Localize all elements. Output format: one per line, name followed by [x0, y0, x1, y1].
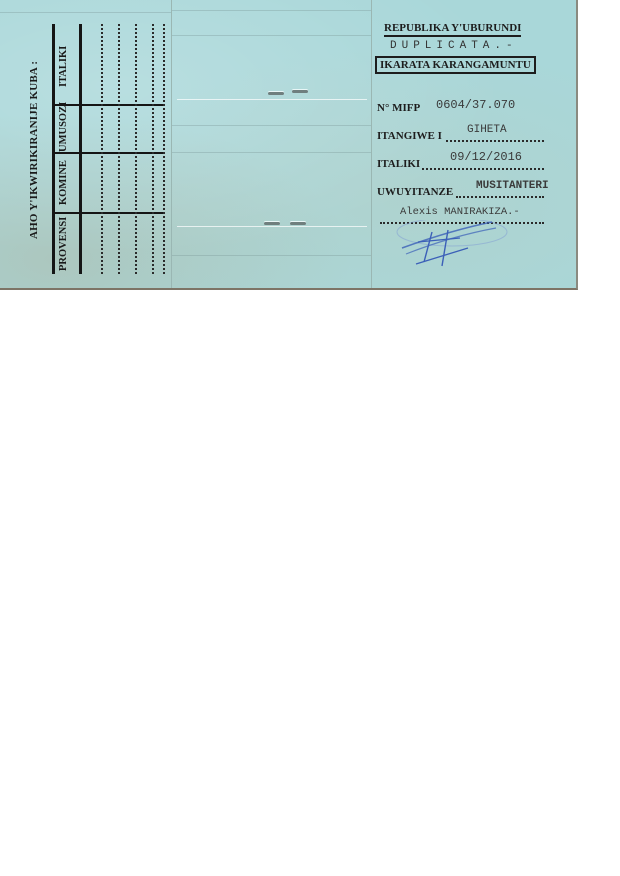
column-italiki: ITALIKI [58, 28, 76, 104]
dotted-column [152, 24, 154, 274]
issuer-dotted-line [456, 196, 544, 198]
staple-mark [264, 222, 280, 225]
signature-stamp-icon [392, 220, 512, 270]
staple-mark [292, 90, 308, 93]
fold-line [0, 12, 171, 13]
residence-history-table: AHO Y'IKWIRIKIRANIJE KUBA : PROVENSI KOM… [24, 22, 164, 278]
issued-at-label: ITANGIWE I [377, 130, 442, 142]
fold-line [172, 125, 371, 126]
residence-table-grid: PROVENSI KOMINE UMUSOZI ITALIKI [52, 24, 164, 274]
issuer-label: UWUYITANZE [377, 186, 453, 198]
residence-history-title: AHO Y'IKWIRIKIRANIJE KUBA : [28, 22, 48, 278]
middle-panel [171, 0, 371, 288]
issuer-title-value: MUSITANTERI [476, 180, 549, 192]
dotted-column [101, 24, 103, 274]
column-umusozi: UMUSOZI [58, 106, 76, 152]
date-value: 09/12/2016 [450, 150, 522, 164]
column-komine: KOMINE [58, 154, 76, 212]
dotted-column [135, 24, 137, 274]
fold-line [172, 35, 371, 36]
issued-at-dotted-line [446, 140, 544, 142]
mifp-label: N° MIFP [377, 102, 420, 114]
republic-heading: REPUBLIKA Y'UBURUNDI [384, 22, 521, 37]
issuer-name-value: Alexis MANIRAKIZA.- [400, 206, 520, 218]
id-card: AHO Y'IKWIRIKIRANIJE KUBA : PROVENSI KOM… [0, 0, 578, 290]
card-title: IKARATA KARANGAMUNTU [375, 56, 536, 74]
fold-line [172, 152, 371, 153]
crease-crack [177, 226, 367, 227]
mifp-value: 0604/37.070 [436, 98, 515, 112]
staple-mark [290, 222, 306, 225]
dotted-column [118, 24, 120, 274]
table-border [52, 24, 55, 274]
fold-line [172, 255, 371, 256]
scanned-page: AHO Y'IKWIRIKIRANIJE KUBA : PROVENSI KOM… [0, 0, 620, 876]
date-label: ITALIKI [377, 158, 420, 170]
header-divider [79, 24, 82, 274]
right-panel: REPUBLIKA Y'UBURUNDI DUPLICATA.- IKARATA… [371, 0, 576, 288]
issued-at-value: GIHETA [467, 124, 507, 136]
dotted-column [163, 24, 165, 274]
crease-crack [177, 99, 367, 100]
duplicate-stamp-text: DUPLICATA.- [390, 40, 518, 52]
fold-line [172, 10, 371, 11]
date-dotted-line [422, 168, 544, 170]
left-panel: AHO Y'IKWIRIKIRANIJE KUBA : PROVENSI KOM… [0, 0, 171, 288]
column-provensi: PROVENSI [58, 214, 76, 274]
staple-mark [268, 92, 284, 95]
